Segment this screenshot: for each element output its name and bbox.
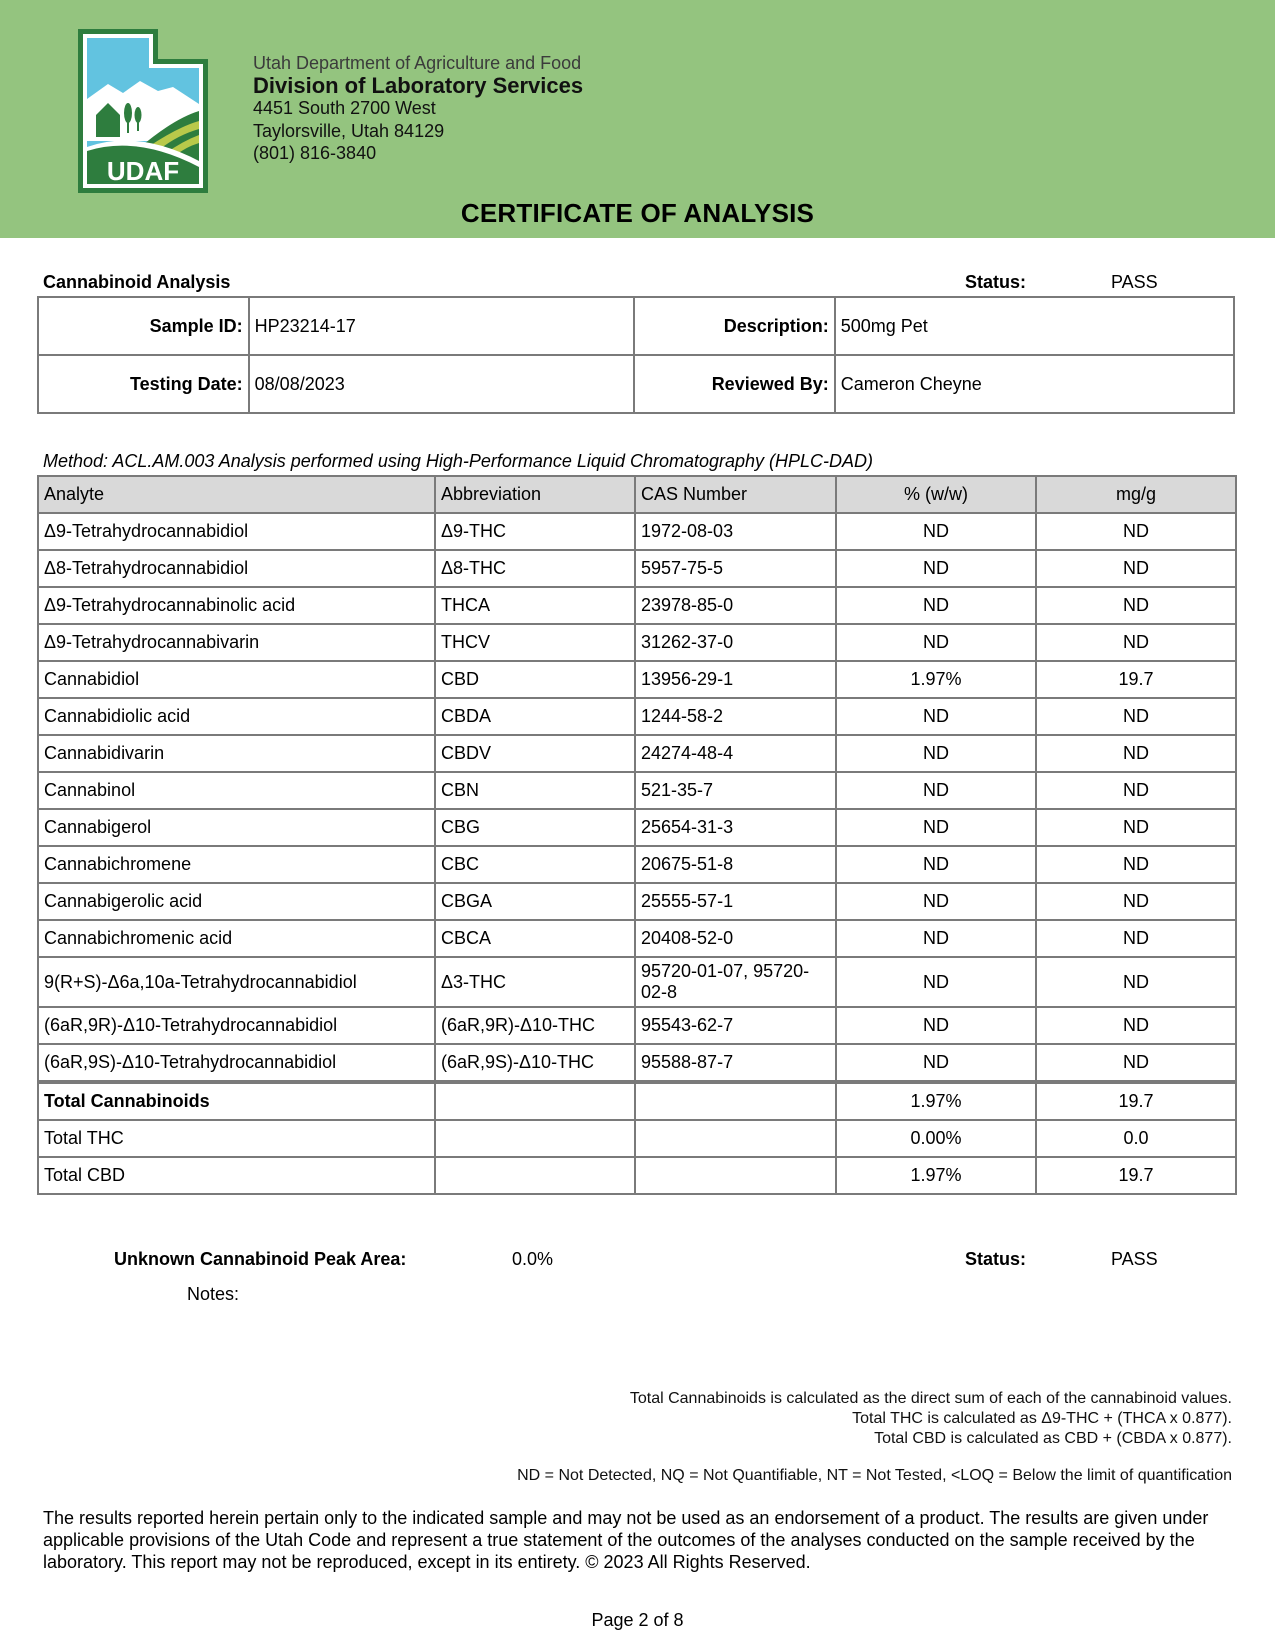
calc-note: Total Cannabinoids is calculated as the … xyxy=(630,1389,1232,1409)
analyte-cell: Cannabinol xyxy=(38,772,435,809)
mg-per-g-cell: ND xyxy=(1036,513,1236,550)
total-label: Total CBD xyxy=(38,1157,435,1194)
percent-cell: ND xyxy=(836,883,1036,920)
empty-cell xyxy=(435,1157,635,1194)
table-row: CannabigerolCBG25654-31-3NDND xyxy=(38,809,1236,846)
mg-per-g-cell: ND xyxy=(1036,809,1236,846)
abbreviation-cell: CBDA xyxy=(435,698,635,735)
address-line2: Taylorsville, Utah 84129 xyxy=(253,120,583,143)
table-row: CannabinolCBN521-35-7NDND xyxy=(38,772,1236,809)
analyte-cell: Δ9-Tetrahydrocannabidiol xyxy=(38,513,435,550)
description-value: 500mg Pet xyxy=(835,297,1234,355)
abbreviation-cell: CBG xyxy=(435,809,635,846)
abbreviation-cell: CBC xyxy=(435,846,635,883)
mg-per-g-cell: ND xyxy=(1036,920,1236,957)
mg-per-g-cell: ND xyxy=(1036,735,1236,772)
analyte-cell: 9(R+S)-Δ6a,10a-Tetrahydrocannabidiol xyxy=(38,957,435,1007)
abbreviation-cell: (6aR,9S)-Δ10-THC xyxy=(435,1044,635,1082)
analyte-cell: (6aR,9S)-Δ10-Tetrahydrocannabidiol xyxy=(38,1044,435,1082)
cas-number-cell: 25555-57-1 xyxy=(635,883,836,920)
reviewed-by-value: Cameron Cheyne xyxy=(835,355,1234,413)
percent-cell: ND xyxy=(836,772,1036,809)
mg-per-g-cell: 19.7 xyxy=(1036,661,1236,698)
total-percent-cell: 1.97% xyxy=(836,1082,1036,1120)
document-title: CERTIFICATE OF ANALYSIS xyxy=(0,198,1275,229)
total-row: Total THC0.00%0.0 xyxy=(38,1120,1236,1157)
abbreviation-cell: THCA xyxy=(435,587,635,624)
percent-cell: ND xyxy=(836,1044,1036,1082)
mg-per-g-cell: ND xyxy=(1036,772,1236,809)
disclaimer: The results reported herein pertain only… xyxy=(43,1507,1238,1573)
cas-number-cell: 95543-62-7 xyxy=(635,1007,836,1044)
col-mg-per-g: mg/g xyxy=(1036,476,1236,513)
mg-per-g-cell: ND xyxy=(1036,550,1236,587)
table-row: (6aR,9S)-Δ10-Tetrahydrocannabidiol(6aR,9… xyxy=(38,1044,1236,1082)
abbreviation-cell: Δ9-THC xyxy=(435,513,635,550)
summary-status-badge: PASS xyxy=(1111,1249,1158,1270)
abbreviation-legend: ND = Not Detected, NQ = Not Quantifiable… xyxy=(517,1467,1232,1485)
col-analyte: Analyte xyxy=(38,476,435,513)
percent-cell: 1.97% xyxy=(836,661,1036,698)
testing-date-label: Testing Date: xyxy=(38,355,249,413)
sample-id-value: HP23214-17 xyxy=(249,297,634,355)
notes-label: Notes: xyxy=(187,1284,239,1305)
table-row: CannabichromeneCBC20675-51-8NDND xyxy=(38,846,1236,883)
abbreviation-cell: (6aR,9R)-Δ10-THC xyxy=(435,1007,635,1044)
cas-number-cell: 5957-75-5 xyxy=(635,550,836,587)
status-badge: PASS xyxy=(1111,272,1158,293)
mg-per-g-cell: ND xyxy=(1036,957,1236,1007)
table-row: CannabidiolCBD13956-29-11.97%19.7 xyxy=(38,661,1236,698)
mg-per-g-cell: ND xyxy=(1036,698,1236,735)
percent-cell: ND xyxy=(836,735,1036,772)
empty-cell xyxy=(435,1082,635,1120)
table-row: Δ9-Tetrahydrocannabinolic acidTHCA23978-… xyxy=(38,587,1236,624)
phone: (801) 816-3840 xyxy=(253,142,583,165)
total-percent-cell: 1.97% xyxy=(836,1157,1036,1194)
total-mg-per-g-cell: 0.0 xyxy=(1036,1120,1236,1157)
percent-cell: ND xyxy=(836,846,1036,883)
table-row: CannabidivarinCBDV24274-48-4NDND xyxy=(38,735,1236,772)
abbreviation-cell: CBGA xyxy=(435,883,635,920)
abbreviation-cell: Δ3-THC xyxy=(435,957,635,1007)
organization-info: Utah Department of Agriculture and Food … xyxy=(253,52,583,165)
percent-cell: ND xyxy=(836,957,1036,1007)
description-label: Description: xyxy=(634,297,835,355)
total-mg-per-g-cell: 19.7 xyxy=(1036,1157,1236,1194)
cas-number-cell: 24274-48-4 xyxy=(635,735,836,772)
percent-cell: ND xyxy=(836,809,1036,846)
analyte-cell: (6aR,9R)-Δ10-Tetrahydrocannabidiol xyxy=(38,1007,435,1044)
abbreviation-cell: CBD xyxy=(435,661,635,698)
empty-cell xyxy=(435,1120,635,1157)
cas-number-cell: 20408-52-0 xyxy=(635,920,836,957)
calc-note: Total CBD is calculated as CBD + (CBDA x… xyxy=(630,1429,1232,1449)
udaf-logo-icon: UDAF xyxy=(78,29,208,193)
mg-per-g-cell: ND xyxy=(1036,587,1236,624)
total-mg-per-g-cell: 19.7 xyxy=(1036,1082,1236,1120)
mg-per-g-cell: ND xyxy=(1036,1044,1236,1082)
percent-cell: ND xyxy=(836,550,1036,587)
cas-number-cell: 31262-37-0 xyxy=(635,624,836,661)
cas-number-cell: 95720-01-07, 95720-02-8 xyxy=(635,957,836,1007)
analyte-cell: Cannabigerol xyxy=(38,809,435,846)
empty-cell xyxy=(635,1082,836,1120)
percent-cell: ND xyxy=(836,513,1036,550)
sample-info-table: Sample ID: HP23214-17 Description: 500mg… xyxy=(37,296,1235,414)
abbreviation-cell: Δ8-THC xyxy=(435,550,635,587)
table-row: Cannabigerolic acidCBGA25555-57-1NDND xyxy=(38,883,1236,920)
analyte-cell: Cannabigerolic acid xyxy=(38,883,435,920)
status-label: Status: xyxy=(965,272,1026,293)
cas-number-cell: 13956-29-1 xyxy=(635,661,836,698)
percent-cell: ND xyxy=(836,624,1036,661)
sample-id-label: Sample ID: xyxy=(38,297,249,355)
table-header-row: Analyte Abbreviation CAS Number % (w/w) … xyxy=(38,476,1236,513)
svg-text:UDAF: UDAF xyxy=(107,156,179,186)
total-percent-cell: 0.00% xyxy=(836,1120,1036,1157)
unknown-peak-area-label: Unknown Cannabinoid Peak Area: xyxy=(114,1249,406,1270)
total-row: Total CBD1.97%19.7 xyxy=(38,1157,1236,1194)
address-line1: 4451 South 2700 West xyxy=(253,97,583,120)
analyte-cell: Cannabichromene xyxy=(38,846,435,883)
method-note: Method: ACL.AM.003 Analysis performed us… xyxy=(43,451,873,472)
cas-number-cell: 1972-08-03 xyxy=(635,513,836,550)
mg-per-g-cell: ND xyxy=(1036,883,1236,920)
summary-status-label: Status: xyxy=(965,1249,1026,1270)
unknown-peak-area-value: 0.0% xyxy=(512,1249,553,1270)
analyte-cell: Cannabidiolic acid xyxy=(38,698,435,735)
table-row: Δ9-TetrahydrocannabivarinTHCV31262-37-0N… xyxy=(38,624,1236,661)
table-row: Δ8-TetrahydrocannabidiolΔ8-THC5957-75-5N… xyxy=(38,550,1236,587)
table-row: 9(R+S)-Δ6a,10a-TetrahydrocannabidiolΔ3-T… xyxy=(38,957,1236,1007)
info-row: Testing Date: 08/08/2023 Reviewed By: Ca… xyxy=(38,355,1234,413)
cas-number-cell: 20675-51-8 xyxy=(635,846,836,883)
abbreviation-cell: CBCA xyxy=(435,920,635,957)
calc-note: Total THC is calculated as Δ9-THC + (THC… xyxy=(630,1409,1232,1429)
reviewed-by-label: Reviewed By: xyxy=(634,355,835,413)
calculation-notes: Total Cannabinoids is calculated as the … xyxy=(630,1389,1232,1449)
abbreviation-cell: CBDV xyxy=(435,735,635,772)
empty-cell xyxy=(635,1157,836,1194)
cas-number-cell: 521-35-7 xyxy=(635,772,836,809)
empty-cell xyxy=(635,1120,836,1157)
percent-cell: ND xyxy=(836,1007,1036,1044)
analyte-cell: Δ8-Tetrahydrocannabidiol xyxy=(38,550,435,587)
info-row: Sample ID: HP23214-17 Description: 500mg… xyxy=(38,297,1234,355)
percent-cell: ND xyxy=(836,587,1036,624)
total-label: Total THC xyxy=(38,1120,435,1157)
percent-cell: ND xyxy=(836,698,1036,735)
analyte-cell: Cannabidivarin xyxy=(38,735,435,772)
table-row: Cannabichromenic acidCBCA20408-52-0NDND xyxy=(38,920,1236,957)
total-row: Total Cannabinoids1.97%19.7 xyxy=(38,1082,1236,1120)
cas-number-cell: 25654-31-3 xyxy=(635,809,836,846)
abbreviation-cell: THCV xyxy=(435,624,635,661)
analyte-cell: Cannabichromenic acid xyxy=(38,920,435,957)
analyte-cell: Δ9-Tetrahydrocannabivarin xyxy=(38,624,435,661)
department-name: Utah Department of Agriculture and Food xyxy=(253,52,583,75)
mg-per-g-cell: ND xyxy=(1036,624,1236,661)
analyte-cell: Cannabidiol xyxy=(38,661,435,698)
testing-date-value: 08/08/2023 xyxy=(249,355,634,413)
cas-number-cell: 95588-87-7 xyxy=(635,1044,836,1082)
analyte-cell: Δ9-Tetrahydrocannabinolic acid xyxy=(38,587,435,624)
table-row: Cannabidiolic acidCBDA1244-58-2NDND xyxy=(38,698,1236,735)
cas-number-cell: 1244-58-2 xyxy=(635,698,836,735)
col-percent-ww: % (w/w) xyxy=(836,476,1036,513)
division-name: Division of Laboratory Services xyxy=(253,75,583,98)
header-banner: UDAF Utah Department of Agriculture and … xyxy=(0,0,1275,238)
page-number: Page 2 of 8 xyxy=(0,1610,1275,1631)
total-label: Total Cannabinoids xyxy=(38,1082,435,1120)
section-title: Cannabinoid Analysis xyxy=(43,272,230,293)
col-abbreviation: Abbreviation xyxy=(435,476,635,513)
results-table: Analyte Abbreviation CAS Number % (w/w) … xyxy=(37,475,1237,1195)
cas-number-cell: 23978-85-0 xyxy=(635,587,836,624)
mg-per-g-cell: ND xyxy=(1036,1007,1236,1044)
table-row: (6aR,9R)-Δ10-Tetrahydrocannabidiol(6aR,9… xyxy=(38,1007,1236,1044)
percent-cell: ND xyxy=(836,920,1036,957)
mg-per-g-cell: ND xyxy=(1036,846,1236,883)
abbreviation-cell: CBN xyxy=(435,772,635,809)
col-cas-number: CAS Number xyxy=(635,476,836,513)
table-row: Δ9-TetrahydrocannabidiolΔ9-THC1972-08-03… xyxy=(38,513,1236,550)
